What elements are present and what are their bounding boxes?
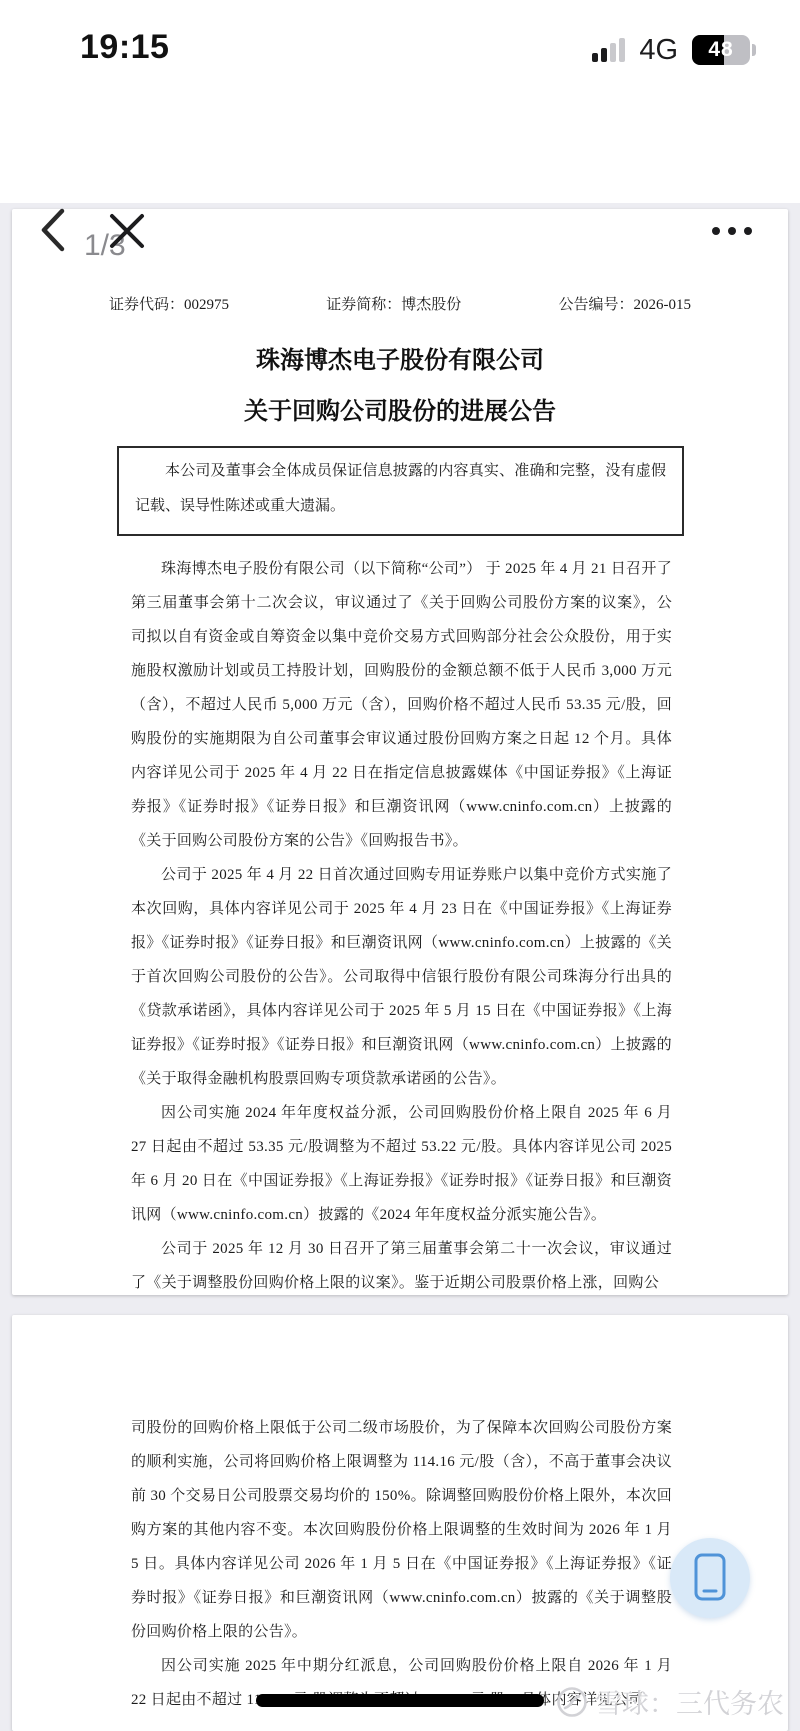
doc-title: 珠海博杰电子股份有限公司 <box>12 340 788 375</box>
disclaimer-box: 本公司及董事会全体成员保证信息披露的内容真实、准确和完整，没有虚假记载、误导性陈… <box>117 446 684 536</box>
ellipsis-icon <box>712 227 752 235</box>
back-button[interactable] <box>34 204 74 256</box>
document-page-1[interactable]: 1/3 证券代码：002975 证券简称：博杰股份 公告编号：2026-015 … <box>12 209 788 1295</box>
status-right-cluster: 4G 48 <box>592 30 750 70</box>
page-indicator: 1/3 <box>84 229 788 263</box>
close-button[interactable] <box>104 208 150 254</box>
disclaimer-text: 本公司及董事会全体成员保证信息披露的内容真实、准确和完整，没有虚假记载、误导性陈… <box>135 454 666 524</box>
doc-paragraph: 公司于 2025 年 12 月 30 日召开了第三届董事会第二十一次会议，审议通… <box>131 1232 672 1295</box>
announcement-number: 公告编号：2026-015 <box>559 293 692 314</box>
home-indicator[interactable] <box>256 1694 544 1707</box>
watermark: 雪球：三代务农 <box>555 1682 784 1721</box>
doc-subtitle: 关于回购公司股份的进展公告 <box>12 391 788 426</box>
doc-paragraph: 因公司实施 2024 年年度权益分派，公司回购股份价格上限自 2025 年 6 … <box>131 1096 672 1232</box>
rotate-screen-button[interactable] <box>670 1538 750 1618</box>
rotate-phone-icon <box>689 1550 731 1607</box>
watermark-logo-icon <box>555 1685 589 1719</box>
document-viewer[interactable]: 1/3 证券代码：002975 证券简称：博杰股份 公告编号：2026-015 … <box>0 203 800 1731</box>
battery-icon: 48 <box>692 35 750 65</box>
doc-meta-row: 证券代码：002975 证券简称：博杰股份 公告编号：2026-015 <box>109 293 691 314</box>
doc-paragraph: 司股份的回购价格上限低于公司二级市场股价，为了保障本次回购公司股份方案的顺利实施… <box>131 1411 672 1649</box>
page1-body: 珠海博杰电子股份有限公司（以下简称“公司”） 于 2025 年 4 月 21 日… <box>131 552 672 1295</box>
status-bar: 19:15 4G 48 <box>0 0 800 100</box>
doc-paragraph: 公司于 2025 年 4 月 22 日首次通过回购专用证券账户以集中竞价方式实施… <box>131 858 672 1096</box>
network-type-label: 4G <box>639 34 678 67</box>
nav-bar <box>0 100 800 200</box>
document-page-2[interactable]: 司股份的回购价格上限低于公司二级市场股价，为了保障本次回购公司股份方案的顺利实施… <box>12 1315 788 1731</box>
top-bar: 19:15 4G 48 <box>0 0 800 203</box>
battery-percent: 48 <box>692 35 750 65</box>
doc-paragraph: 珠海博杰电子股份有限公司（以下简称“公司”） 于 2025 年 4 月 21 日… <box>131 552 672 858</box>
more-button[interactable] <box>712 224 758 238</box>
close-icon <box>104 242 150 257</box>
security-name: 证券简称：博杰股份 <box>326 293 461 314</box>
status-time: 19:15 <box>80 28 169 67</box>
page2-body: 司股份的回购价格上限低于公司二级市场股价，为了保障本次回购公司股份方案的顺利实施… <box>131 1411 672 1717</box>
battery-nub <box>752 44 756 56</box>
watermark-text: 雪球：三代务农 <box>595 1682 784 1721</box>
chevron-left-icon <box>34 244 74 259</box>
security-code: 证券代码：002975 <box>109 293 229 314</box>
signal-strength-icon <box>592 38 625 62</box>
